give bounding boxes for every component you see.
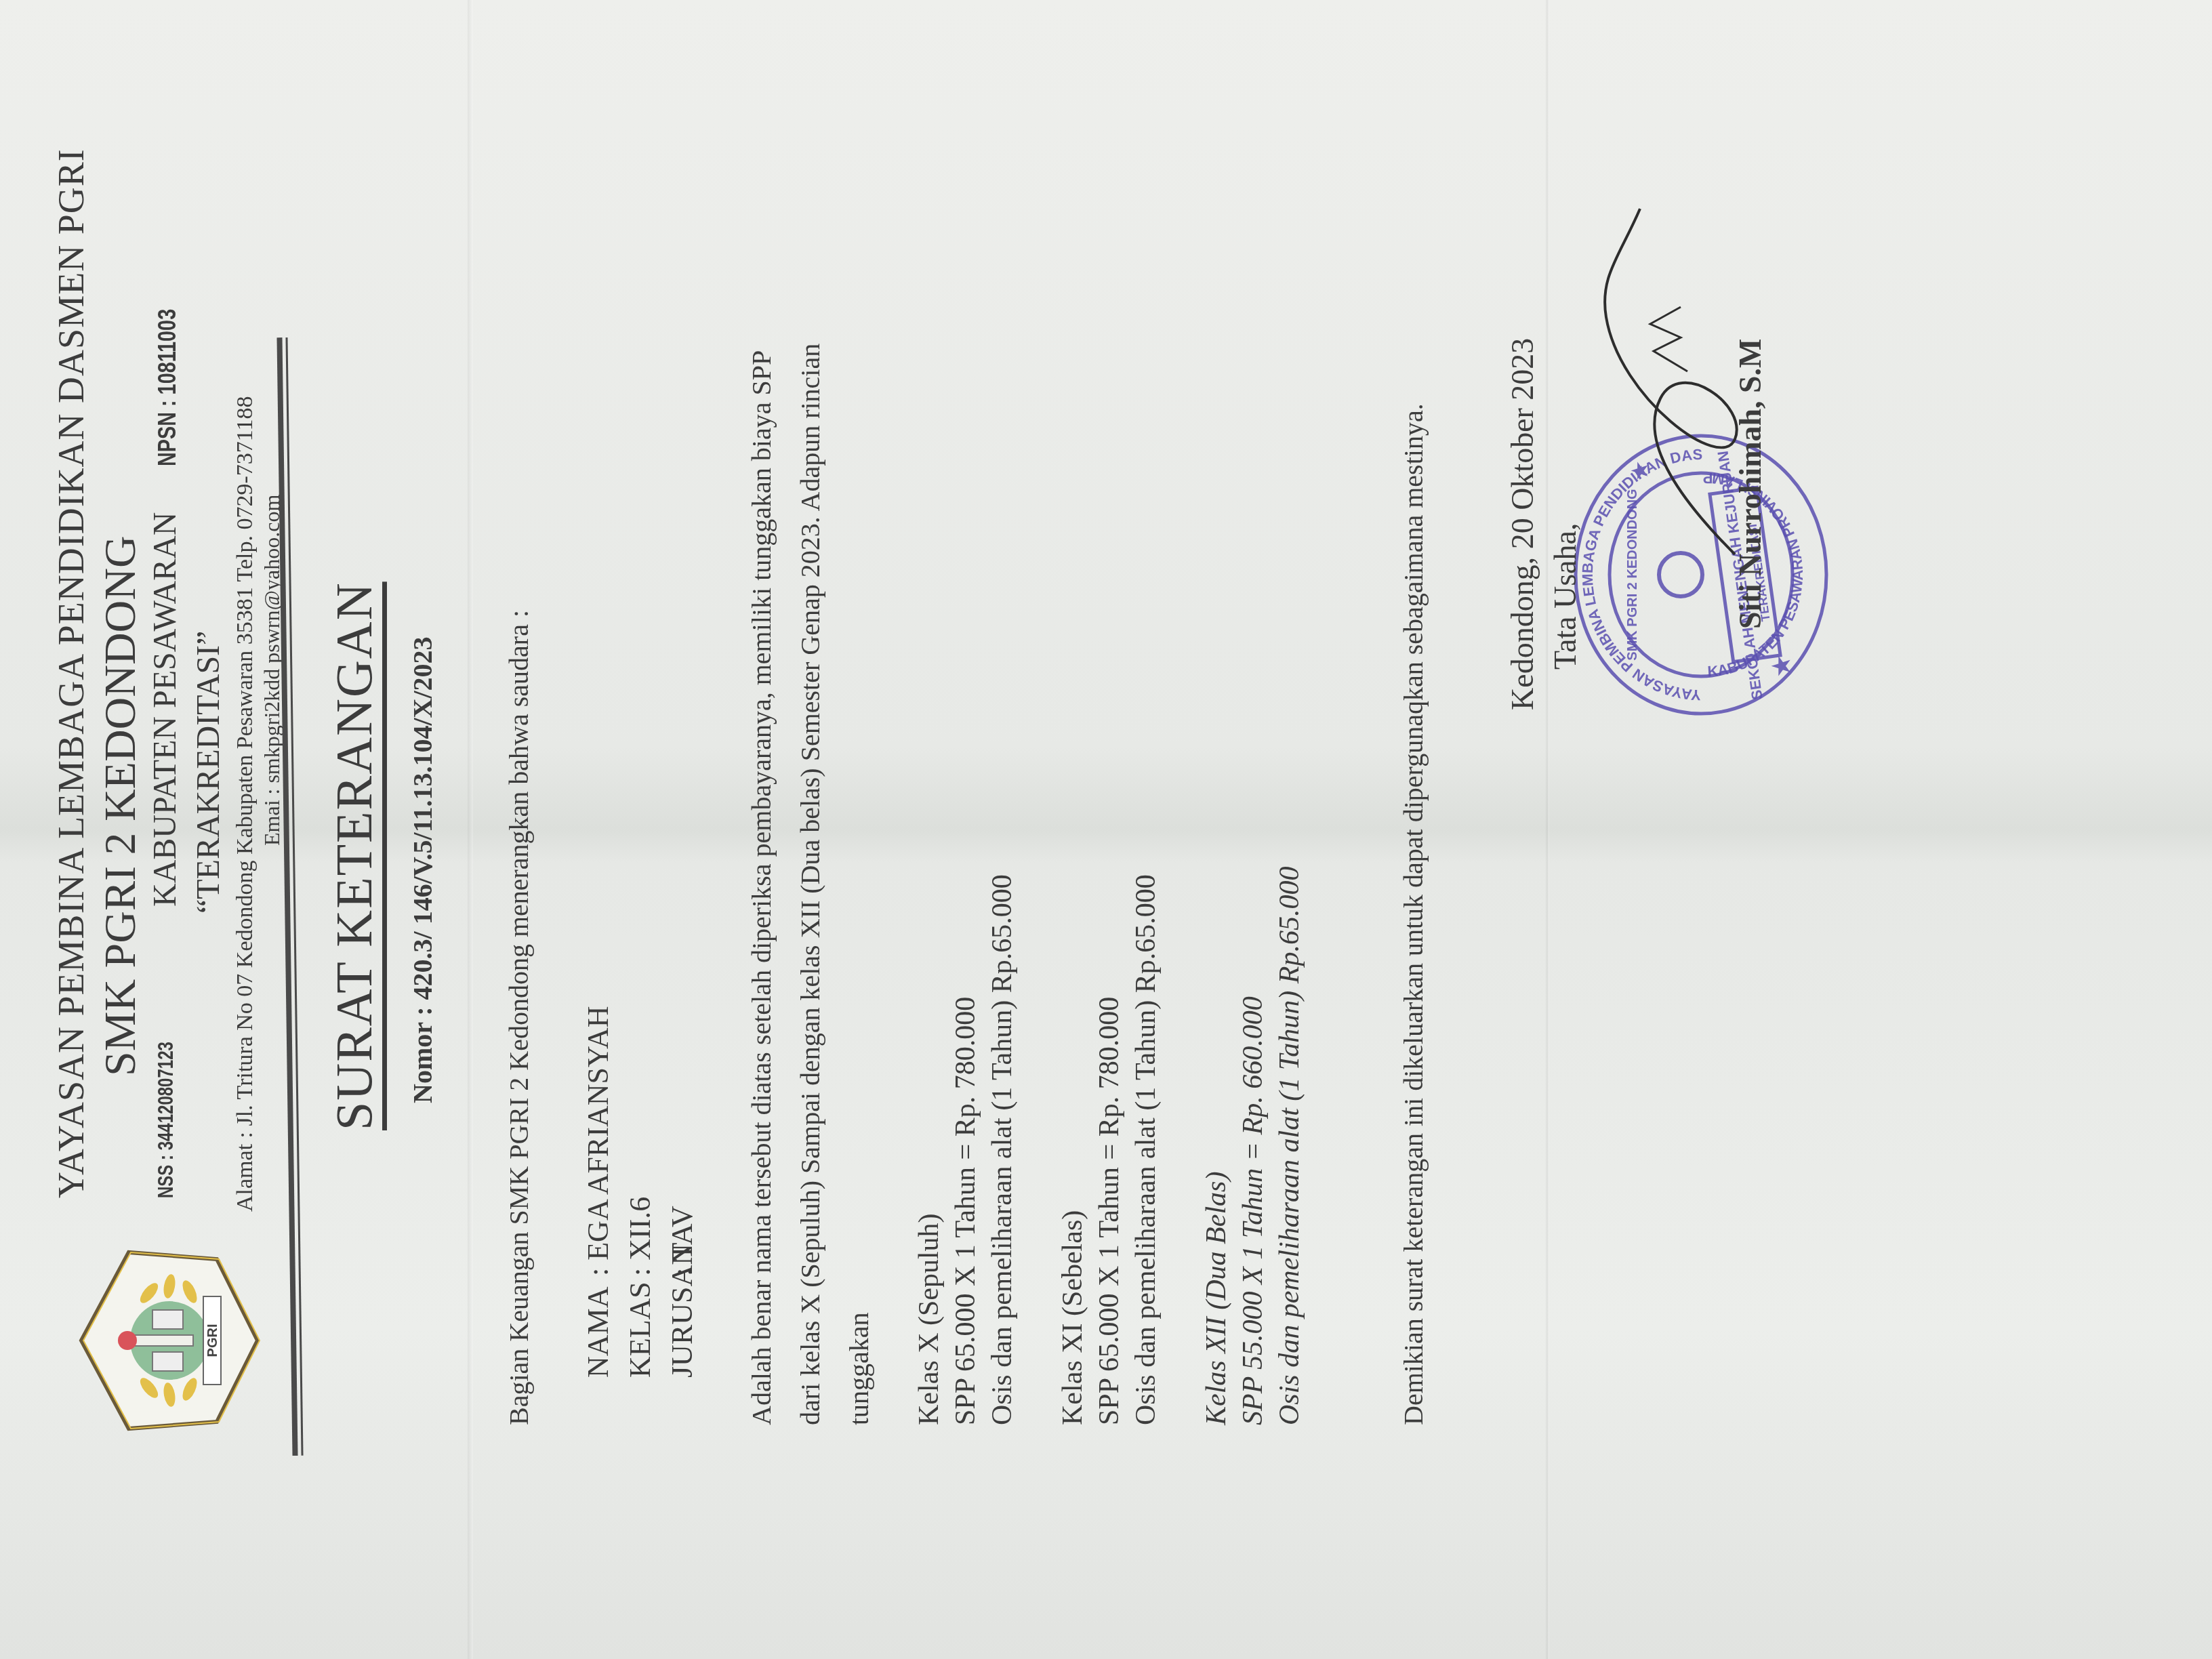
arrears-spp: SPP 65.000 X 1 Tahun = Rp. 780.000 [1091, 138, 1128, 1425]
foundation-name: YAYASAN PEMBINA LEMBAGA PENDIDIKAN DASME… [47, 141, 95, 1198]
paper-fold [468, 0, 473, 1659]
identity-row: NAMA : EGA AFRIANSYAH [577, 138, 619, 1378]
identity-value: : XII.6 [619, 1197, 661, 1276]
arrears-osis: Osis dan pemeliharaan alat (1 Tahun) Rp.… [1128, 138, 1164, 1425]
regency: KABUPATEN PESAWARAN [146, 512, 184, 907]
identity-value: : EGA AFRIANSYAH [577, 1006, 619, 1276]
identity-label: JURUSAN [661, 1276, 703, 1378]
identity-row: KELAS : XII.6 [619, 138, 661, 1378]
signatory-role: Tata Usaha, [1547, 100, 1583, 670]
school-address: Alamat : Jl. Tritura No 07 Kedondong Kab… [232, 141, 259, 1212]
place-and-date: Kedondong, 20 Oktober 2023 [1504, 100, 1540, 710]
document-number: Nomor : 420.3/ 146/V.5/11.13.104/X/2023 [407, 636, 438, 1103]
letter-body: Bagian Keuangan SMK PGRI 2 Kedondong men… [501, 138, 1458, 1425]
arrears-class: Kelas XI (Sebelas) [1054, 138, 1091, 1425]
arrears-block: Kelas XI (Sebelas) SPP 65.000 X 1 Tahun … [1054, 138, 1164, 1425]
svg-text:★: ★ [1769, 656, 1795, 676]
identity-row: JURUSAN : TAV [661, 138, 703, 1378]
identity-label: KELAS [619, 1276, 661, 1378]
npsn-number: NPSN : 10811003 [153, 309, 182, 466]
arrears-osis: Osis dan pemeliharaan alat (1 Tahun) Rp.… [1271, 138, 1308, 1425]
pgri-logo-icon: PGRI [75, 1239, 264, 1442]
letterhead: PGRI YAYASAN PEMBINA LEMBAGA PENDIDIKAN … [47, 168, 291, 1442]
statement-paragraph: Adalah benar nama tersebut diatas setela… [737, 307, 884, 1425]
arrears-block: Kelas XII (Dua Belas) SPP 55.000 X 1 Tah… [1198, 138, 1308, 1425]
arrears-spp: SPP 55.000 X 1 Tahun = Rp. 660.000 [1235, 138, 1271, 1425]
accreditation: “TERAKREDITASI” [190, 141, 228, 914]
arrears-block: Kelas X (Sepuluh) SPP 65.000 X 1 Tahun =… [911, 138, 1021, 1425]
identity-label: NAMA [577, 1276, 619, 1378]
intro-paragraph: Bagian Keuangan SMK PGRI 2 Kedondong men… [501, 138, 537, 1425]
arrears-class: Kelas X (Sepuluh) [911, 138, 947, 1425]
letterhead-text: YAYASAN PEMBINA LEMBAGA PENDIDIKAN DASME… [47, 141, 285, 1198]
closing-paragraph: Demikian surat keterangan ini dikeluarka… [1396, 138, 1431, 1425]
nss-number: NSS : 344120807123 [153, 1042, 178, 1198]
handwritten-signature-icon [1579, 195, 1782, 575]
arrears-osis: Osis dan pemeliharaan alat (1 Tahun) Rp.… [984, 138, 1021, 1425]
letter-sheet: PGRI YAYASAN PEMBINA LEMBAGA PENDIDIKAN … [0, 0, 2212, 1659]
school-name: SMK PGRI 2 KEDONDONG [95, 141, 146, 1076]
arrears-spp: SPP 65.000 X 1 Tahun = Rp. 780.000 [947, 138, 984, 1425]
student-identity: NAMA : EGA AFRIANSYAH KELAS : XII.6 JURU… [577, 138, 703, 1378]
svg-text:PGRI: PGRI [205, 1324, 220, 1357]
identity-value: : TAV [661, 1206, 703, 1276]
arrears-class: Kelas XII (Dua Belas) [1198, 138, 1235, 1425]
document-title: SURAT KETERANGAN [325, 581, 384, 1130]
